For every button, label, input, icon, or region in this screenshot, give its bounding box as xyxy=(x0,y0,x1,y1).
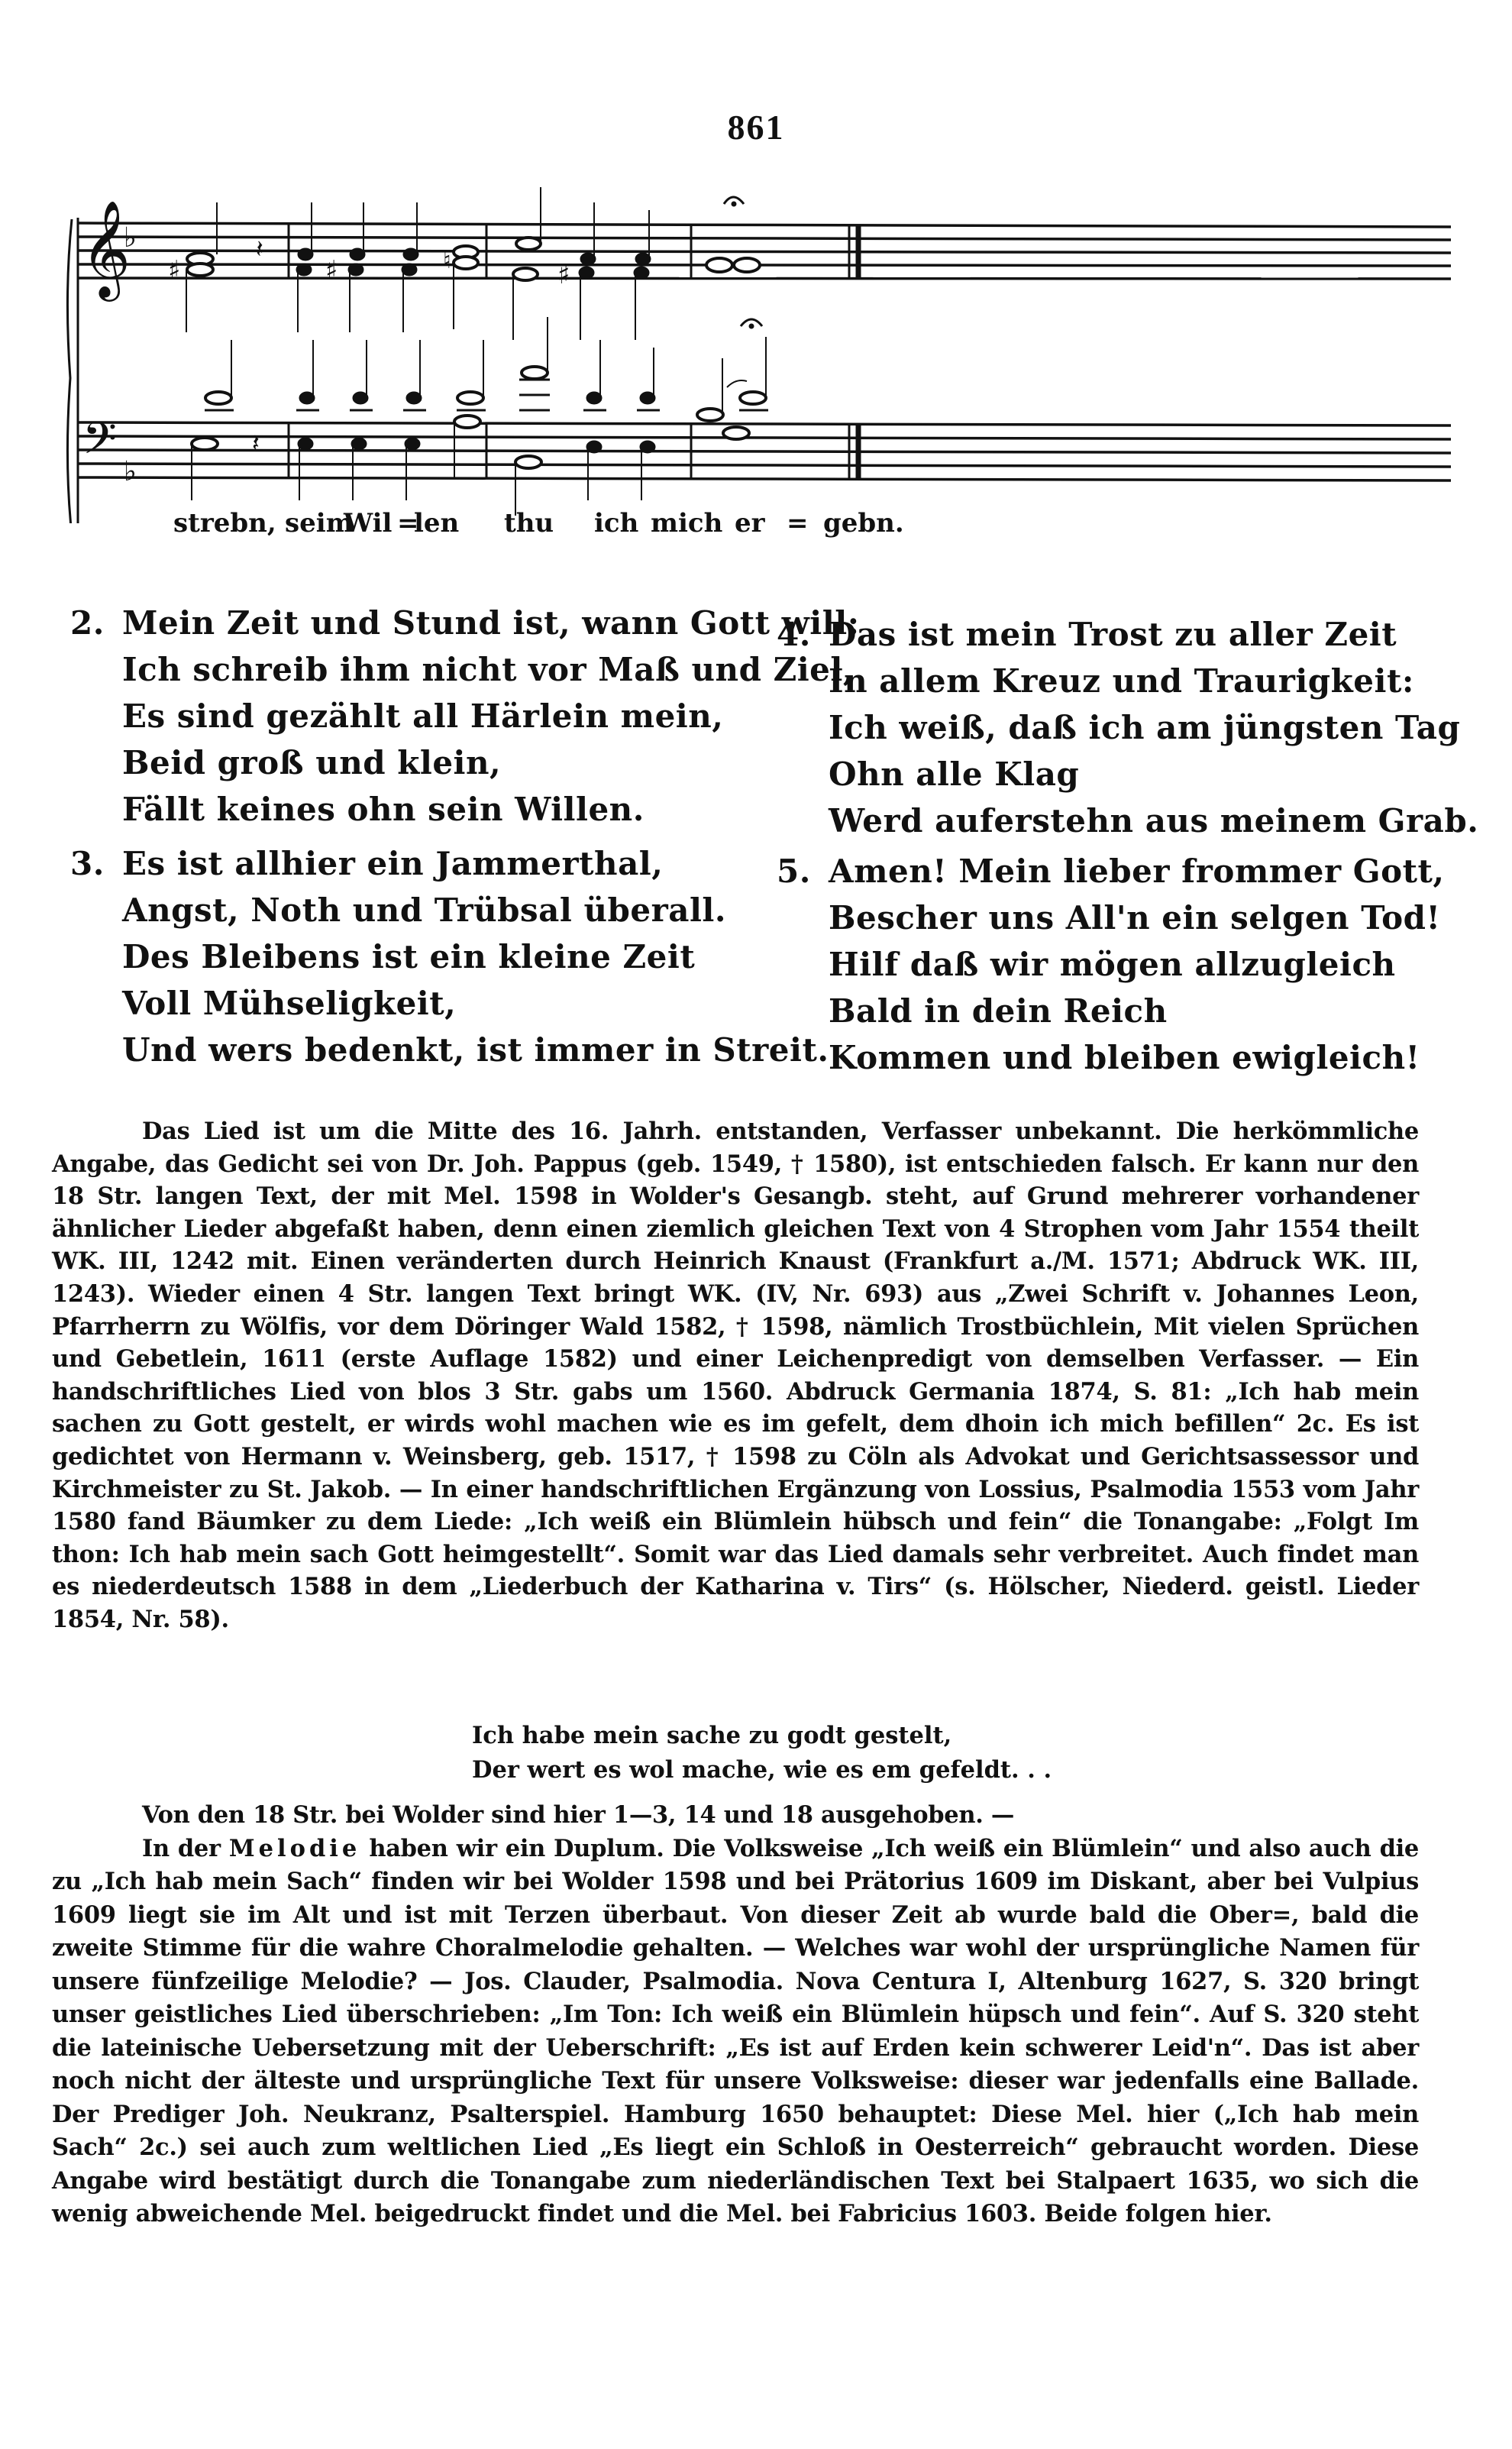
lyric-syllable: ich xyxy=(594,508,638,539)
stanza-line: Das ist mein Trost zu aller Zeit xyxy=(829,611,1478,658)
stanza-line: Es ist allhier ein Jammerthal, xyxy=(122,840,829,887)
music-lyrics: strebn, seim Wil = len thu ich mich er =… xyxy=(0,508,1512,546)
stanza-number: 3. xyxy=(70,840,105,887)
stanza-line: Bald in dein Reich xyxy=(829,988,1445,1034)
stanza-line: Ohn alle Klag xyxy=(829,751,1478,797)
svg-text:♯: ♯ xyxy=(168,255,180,286)
commentary-paragraph: Von den 18 Str. bei Wolder sind hier 1—3… xyxy=(52,1799,1419,1833)
lyric-syllable: thu xyxy=(504,508,554,539)
lyric-syllable: len xyxy=(414,508,459,539)
stanza-line: Beid groß und klein, xyxy=(122,739,860,786)
stanza-2: 2. Mein Zeit und Stund ist, wann Gott wi… xyxy=(122,600,860,833)
stanza-line: Hilf daß wir mögen allzugleich xyxy=(829,941,1445,988)
stanza-3: 3. Es ist allhier ein Jammerthal, Angst,… xyxy=(122,840,829,1073)
stanza-line: Und wers bedenkt, ist immer in Streit. xyxy=(122,1027,829,1073)
stanza-line: Amen! Mein lieber frommer Gott, xyxy=(829,848,1445,895)
quoted-verse-line: Ich habe mein sache zu godt gestelt, xyxy=(472,1719,1052,1753)
commentary-body: haben wir ein Duplum. Die Volksweise „Ic… xyxy=(52,1835,1419,2228)
stanza-number: 2. xyxy=(70,600,105,646)
stanza-line: Mein Zeit und Stund ist, wann Gott will: xyxy=(122,600,860,646)
stanza-line: Des Bleibens ist ein kleine Zeit xyxy=(122,933,829,980)
stanza-5: 5. Amen! Mein lieber frommer Gott, Besch… xyxy=(829,848,1445,1081)
quoted-verse-line: Der wert es wol mache, wie es em gefeldt… xyxy=(472,1753,1052,1787)
svg-text:♯: ♯ xyxy=(557,260,570,290)
stanza-number: 5. xyxy=(777,848,811,895)
svg-text:♮: ♮ xyxy=(443,247,451,274)
quoted-verse: Ich habe mein sache zu godt gestelt, Der… xyxy=(472,1719,1052,1787)
music-score: 𝄞 𝄢 ♭ ♭ ♯ 𝄽 ♯ xyxy=(61,187,1451,523)
stanza-line: In allem Kreuz und Traurigkeit: xyxy=(829,658,1478,704)
lyric-syllable: gebn. xyxy=(823,508,904,539)
lyric-syllable: = xyxy=(787,508,809,539)
stanza-line: Kommen und bleiben ewigleich! xyxy=(829,1034,1445,1081)
stanza-line: Angst, Noth und Trübsal überall. xyxy=(122,887,829,933)
stanza-line: Werd auferstehn aus meinem Grab. xyxy=(829,797,1478,844)
stanza-number: 4. xyxy=(777,611,811,658)
lyric-syllable: mich xyxy=(651,508,722,539)
lyric-syllable: er xyxy=(735,508,765,539)
lyric-syllable: Wil xyxy=(344,508,392,539)
svg-text:♭: ♭ xyxy=(124,222,137,254)
svg-text:𝄢: 𝄢 xyxy=(82,412,117,475)
commentary-paragraph: Das Lied ist um die Mitte des 16. Jahrh.… xyxy=(52,1115,1419,1636)
lyric-syllable: strebn, xyxy=(173,508,276,539)
commentary-melody: Von den 18 Str. bei Wolder sind hier 1—3… xyxy=(52,1799,1419,2231)
svg-text:♯: ♯ xyxy=(325,255,338,286)
svg-text:𝄽: 𝄽 xyxy=(252,429,260,458)
commentary-paragraph: In der Melodie haben wir ein Duplum. Die… xyxy=(52,1833,1419,2231)
stanza-line: Bescher uns All'n ein selgen Tod! xyxy=(829,895,1445,941)
stanza-line: Ich schreib ihm nicht vor Maß und Ziel, xyxy=(122,646,860,693)
page-number: 861 xyxy=(0,107,1512,147)
commentary-history: Das Lied ist um die Mitte des 16. Jahrh.… xyxy=(52,1115,1419,1636)
svg-text:♭: ♭ xyxy=(124,456,137,487)
commentary-lead: In der xyxy=(142,1835,221,1862)
emphasized-term: Melodie xyxy=(229,1835,360,1862)
stanza-4: 4. Das ist mein Trost zu aller Zeit In a… xyxy=(829,611,1478,844)
svg-text:𝄽: 𝄽 xyxy=(256,235,263,264)
stanza-line: Es sind gezählt all Härlein mein, xyxy=(122,693,860,739)
stanza-line: Voll Mühseligkeit, xyxy=(122,980,829,1027)
stanza-line: Fällt keines ohn sein Willen. xyxy=(122,786,860,833)
stanza-line: Ich weiß, daß ich am jüngsten Tag xyxy=(829,704,1478,751)
